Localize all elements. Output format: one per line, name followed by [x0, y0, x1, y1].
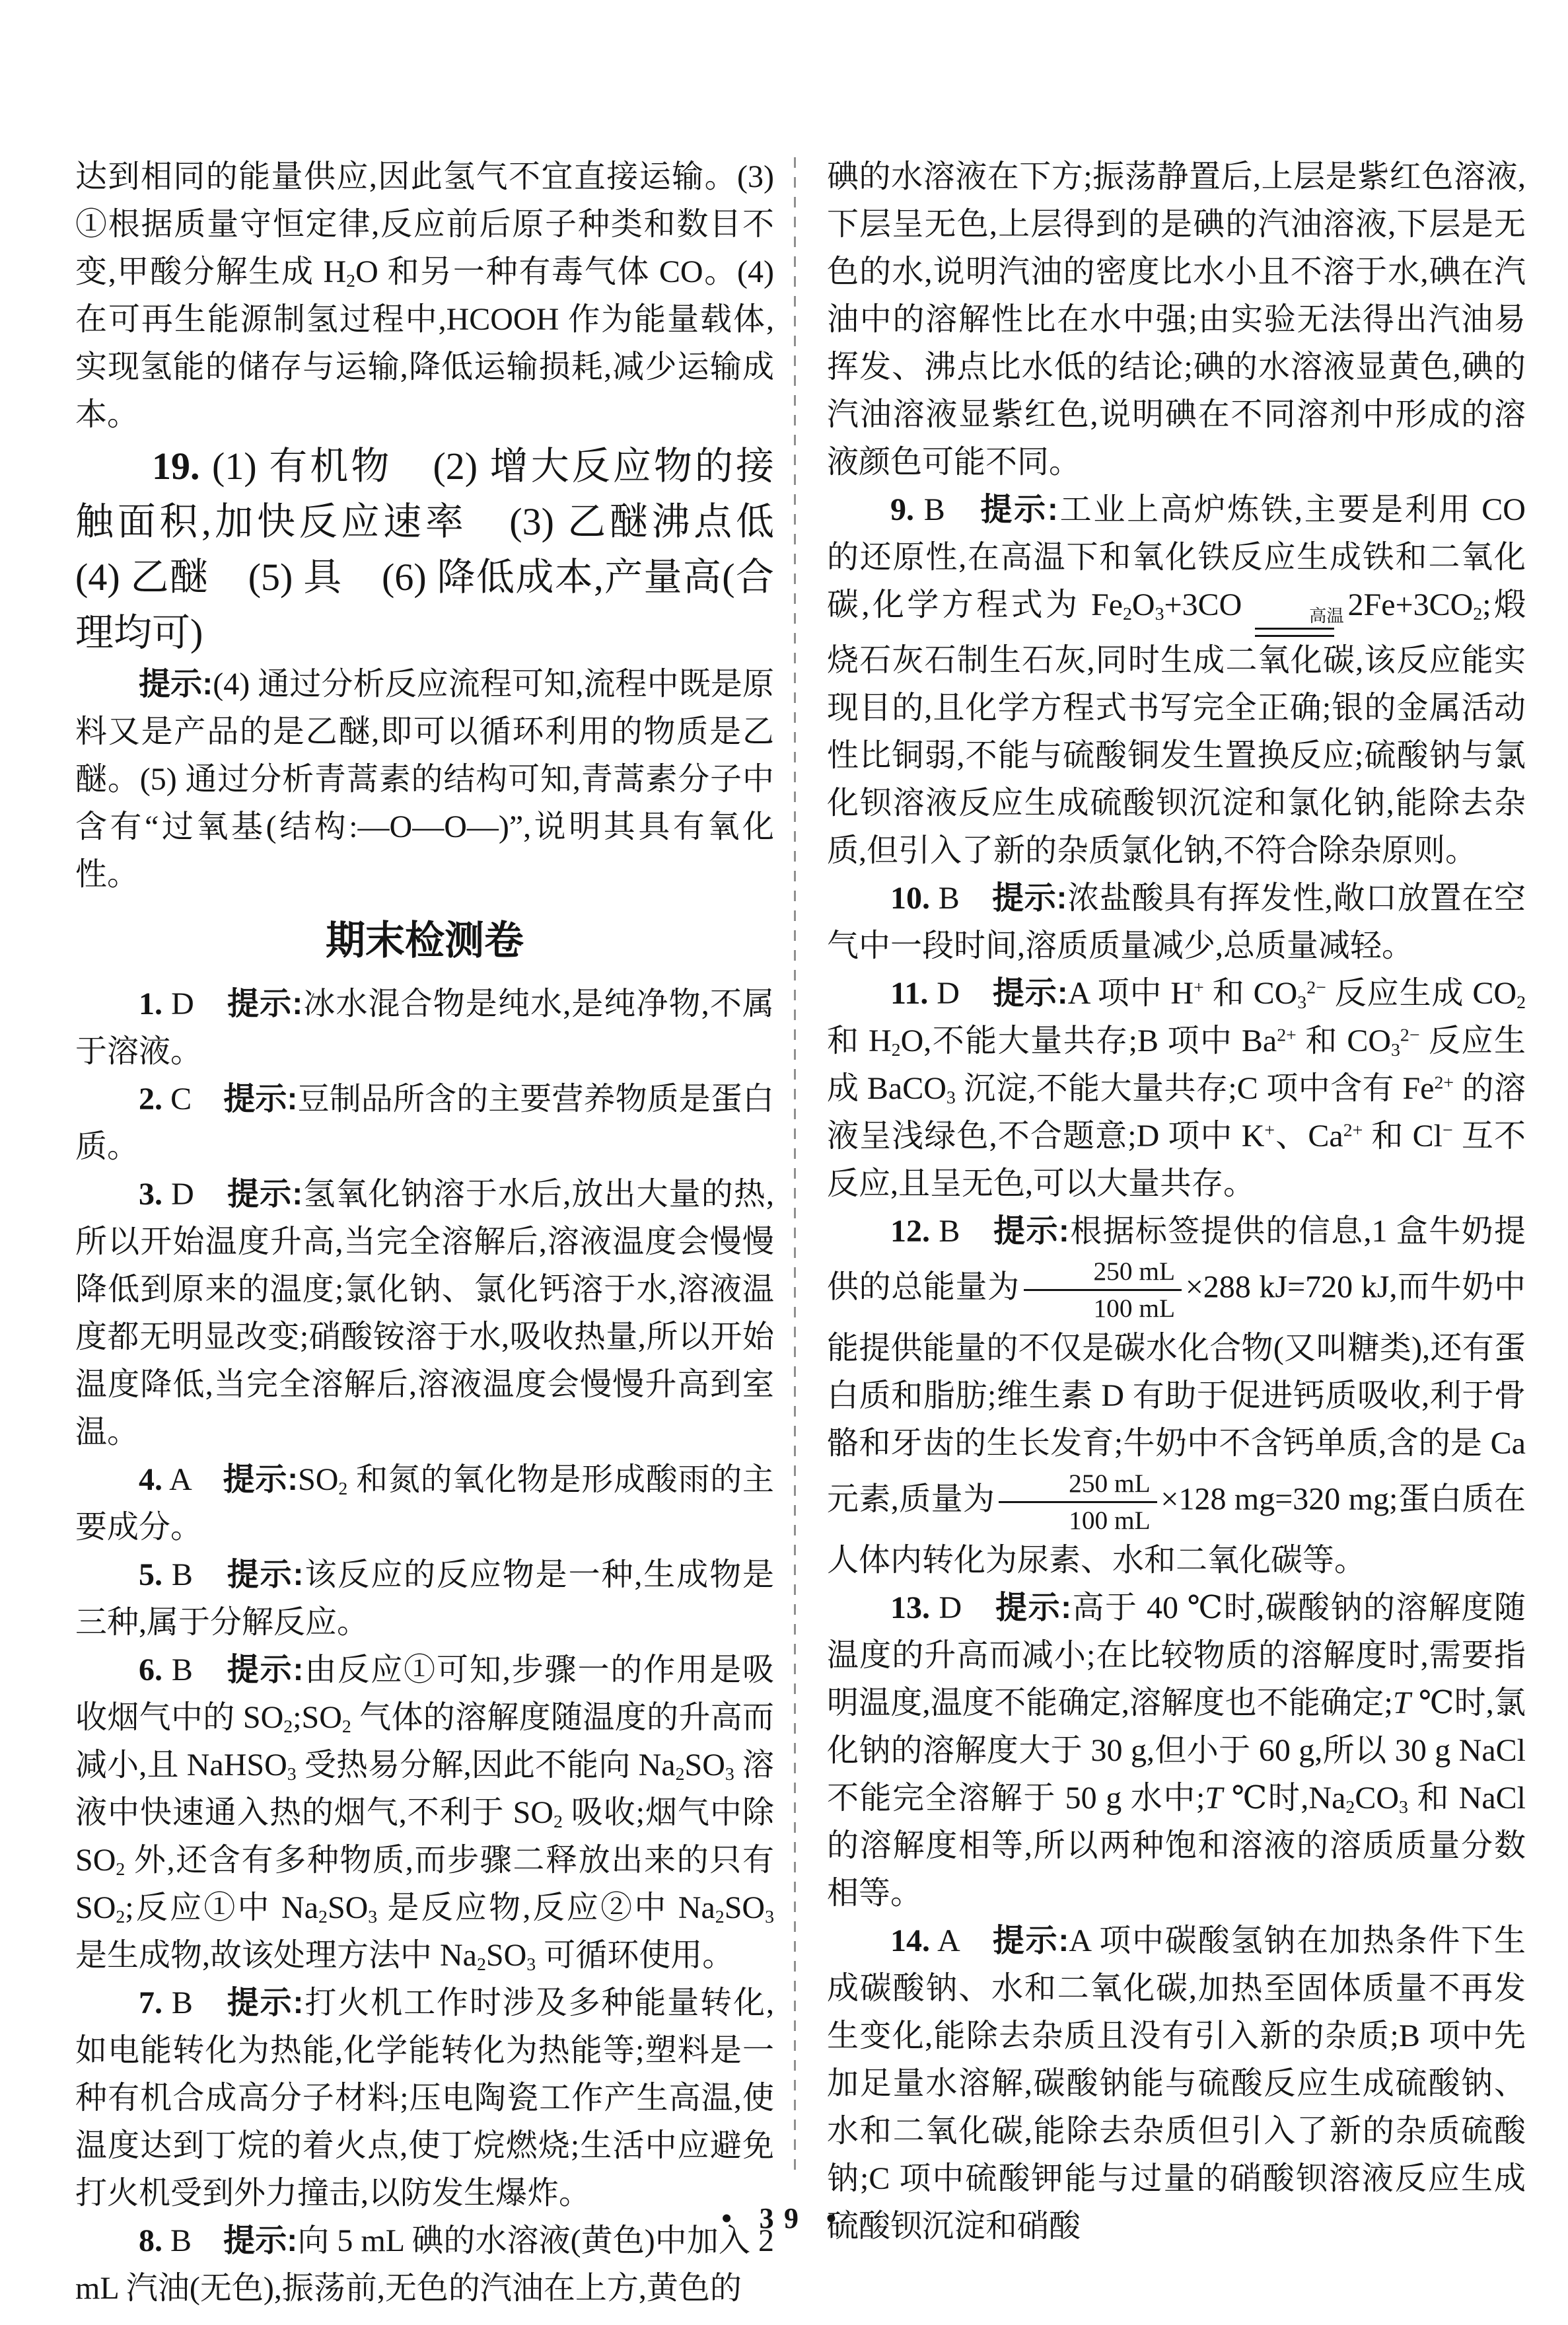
answer-number: 12. [890, 1214, 930, 1249]
answer-number: 10. [890, 881, 930, 916]
subscript: 2 [318, 1907, 328, 1927]
hint-paragraph: 10. B 提示:浓盐酸具有挥发性,敞口放置在空气中一段时间,溶质质量减少,总质… [827, 875, 1526, 970]
answer-number: 9. [890, 492, 914, 527]
superscript: − [1443, 1121, 1453, 1141]
answer-number: 14. [890, 1923, 930, 1958]
hint-label: 提示: [139, 667, 213, 702]
hint-paragraph: 6. B 提示:由反应①可知,步骤一的作用是吸收烟气中的 SO2;SO2 气体的… [75, 1646, 774, 1979]
hint-paragraph: 4. A 提示:SO2 和氮的氧化物是形成酸雨的主要成分。 [75, 1456, 774, 1551]
subscript: 3 [1399, 1797, 1408, 1818]
fraction: 250 mL100 mL [1024, 1255, 1182, 1325]
superscript: 2− [1400, 1025, 1420, 1046]
subscript: 2 [892, 1040, 901, 1060]
answer-number: 2. [139, 1082, 162, 1117]
page-number: • 39 • [0, 2201, 1568, 2235]
subscript: 3 [1155, 604, 1164, 624]
hint-label: 提示: [227, 1177, 303, 1212]
hint-label: 提示: [227, 1557, 304, 1592]
body-paragraph: 碘的水溶液在下方;振荡静置后,上层是紫红色溶液,下层呈无色,上层得到的是碘的汽油… [827, 153, 1526, 486]
hint-label: 提示: [223, 1462, 298, 1497]
answer-number: 11. [890, 976, 928, 1011]
subscript: 2 [342, 1716, 351, 1737]
answer-number: 4. [139, 1462, 162, 1497]
fraction-numerator: 250 mL [1024, 1255, 1182, 1291]
answer-number: 5. [139, 1557, 162, 1592]
hint-paragraph: 提示:(4) 通过分析反应流程可知,流程中既是原料又是产品的是乙醚,即可以循环利… [75, 661, 774, 899]
answer-number: 7. [139, 1985, 162, 2020]
subscript: 3 [526, 1954, 536, 1975]
section-title: 期末检测卷 [75, 917, 774, 965]
hint-paragraph: 7. B 提示:打火机工作时涉及多种能量转化,如电能转化为热能,化学能转化为热能… [75, 1979, 774, 2217]
subscript: 2 [676, 1764, 685, 1785]
left-column: 达到相同的能量供应,因此氢气不宜直接运输。(3) ①根据质量守恒定律,反应前后原… [75, 153, 774, 2312]
hint-label: 提示: [980, 492, 1058, 527]
subscript: 2 [715, 1907, 725, 1927]
hint-label: 提示: [993, 1214, 1069, 1249]
fraction-denominator: 100 mL [999, 1503, 1157, 1537]
reaction-condition-equals: 高温 [1246, 607, 1344, 637]
hint-label: 提示: [223, 1082, 297, 1117]
hint-paragraph: 13. D 提示:高于 40 ℃时,碳酸钠的溶解度随温度的升高而减小;在比较物质… [827, 1584, 1526, 1917]
reaction-condition-label: 高温 [1246, 607, 1344, 626]
textbook-answer-page: 达到相同的能量供应,因此氢气不宜直接运输。(3) ①根据质量守恒定律,反应前后原… [0, 0, 1568, 2325]
hint-label: 提示: [992, 881, 1067, 916]
hint-paragraph: 3. D 提示:氢氧化钠溶于水后,放出大量的热,所以开始温度升高,当完全溶解后,… [75, 1171, 774, 1456]
superscript: 2+ [1434, 1073, 1454, 1093]
subscript: 2 [283, 1716, 293, 1737]
hint-label: 提示: [995, 1590, 1071, 1625]
column-divider [794, 157, 796, 2174]
answer-paragraph: 19. (1) 有机物 (2) 增大反应物的接触面积,加快反应速率 (3) 乙醚… [75, 439, 774, 661]
superscript: 2+ [1343, 1121, 1363, 1141]
subscript: 2 [116, 1859, 125, 1880]
subscript: 2 [1473, 604, 1482, 624]
hint-label: 提示: [227, 1985, 304, 2020]
superscript: 2+ [1277, 1025, 1297, 1046]
hint-paragraph: 1. D 提示:冰水混合物是纯水,是纯净物,不属于溶液。 [75, 980, 774, 1076]
answer-number: 13. [890, 1590, 930, 1625]
hint-paragraph: 12. B 提示:根据标签提供的信息,1 盒牛奶提供的总能量为250 mL100… [827, 1208, 1526, 1585]
hint-label: 提示: [227, 986, 303, 1021]
subscript: 2 [553, 1812, 563, 1832]
hint-paragraph: 5. B 提示:该反应的反应物是一种,生成物是三种,属于分解反应。 [75, 1551, 774, 1646]
fraction: 250 mL100 mL [999, 1467, 1157, 1537]
subscript: 3 [287, 1764, 297, 1785]
subscript: 2 [346, 271, 355, 291]
hint-label: 提示: [993, 976, 1068, 1011]
hint-label: 提示: [993, 1923, 1069, 1958]
answer-number: 1. [139, 986, 162, 1021]
hint-paragraph: 9. B 提示:工业上高炉炼铁,主要是利用 CO 的还原性,在高温下和氧化铁反应… [827, 486, 1526, 875]
hint-paragraph: 11. D 提示:A 项中 H+ 和 CO32− 反应生成 CO2 和 H2O,… [827, 970, 1526, 1208]
double-equals-line [1255, 628, 1334, 637]
subscript: 2 [1516, 992, 1526, 1013]
subscript: 3 [765, 1907, 774, 1927]
subscript: 3 [1391, 1040, 1400, 1060]
subscript: 3 [368, 1907, 377, 1927]
answer-number: 6. [139, 1652, 162, 1687]
hint-paragraph: 14. A 提示:A 项中碳酸氢钠在加热条件下生成碳酸钠、水和二氧化碳,加热至固… [827, 1917, 1526, 2250]
subscript: 2 [116, 1907, 125, 1927]
subscript: 3 [946, 1088, 956, 1108]
fraction-numerator: 250 mL [999, 1467, 1157, 1503]
subscript: 2 [1123, 604, 1132, 624]
subscript: 2 [477, 1954, 486, 1975]
superscript: + [1194, 978, 1204, 998]
subscript: 3 [725, 1764, 734, 1785]
italic-variable: T [1205, 1781, 1223, 1816]
superscript: + [1264, 1121, 1275, 1141]
hint-paragraph: 2. C 提示:豆制品所含的主要营养物质是蛋白质。 [75, 1076, 774, 1171]
italic-variable: T [1393, 1685, 1411, 1720]
answer-number: 19. [152, 445, 200, 488]
body-paragraph: 达到相同的能量供应,因此氢气不宜直接运输。(3) ①根据质量守恒定律,反应前后原… [75, 153, 774, 439]
answer-number: 3. [139, 1177, 162, 1212]
right-column: 碘的水溶液在下方;振荡静置后,上层是紫红色溶液,下层呈无色,上层得到的是碘的汽油… [827, 153, 1526, 2250]
subscript: 3 [1297, 992, 1306, 1013]
fraction-denominator: 100 mL [1024, 1291, 1182, 1325]
superscript: 2− [1306, 978, 1326, 998]
subscript: 2 [1345, 1797, 1355, 1818]
hint-label: 提示: [227, 1652, 304, 1687]
subscript: 2 [338, 1479, 347, 1499]
